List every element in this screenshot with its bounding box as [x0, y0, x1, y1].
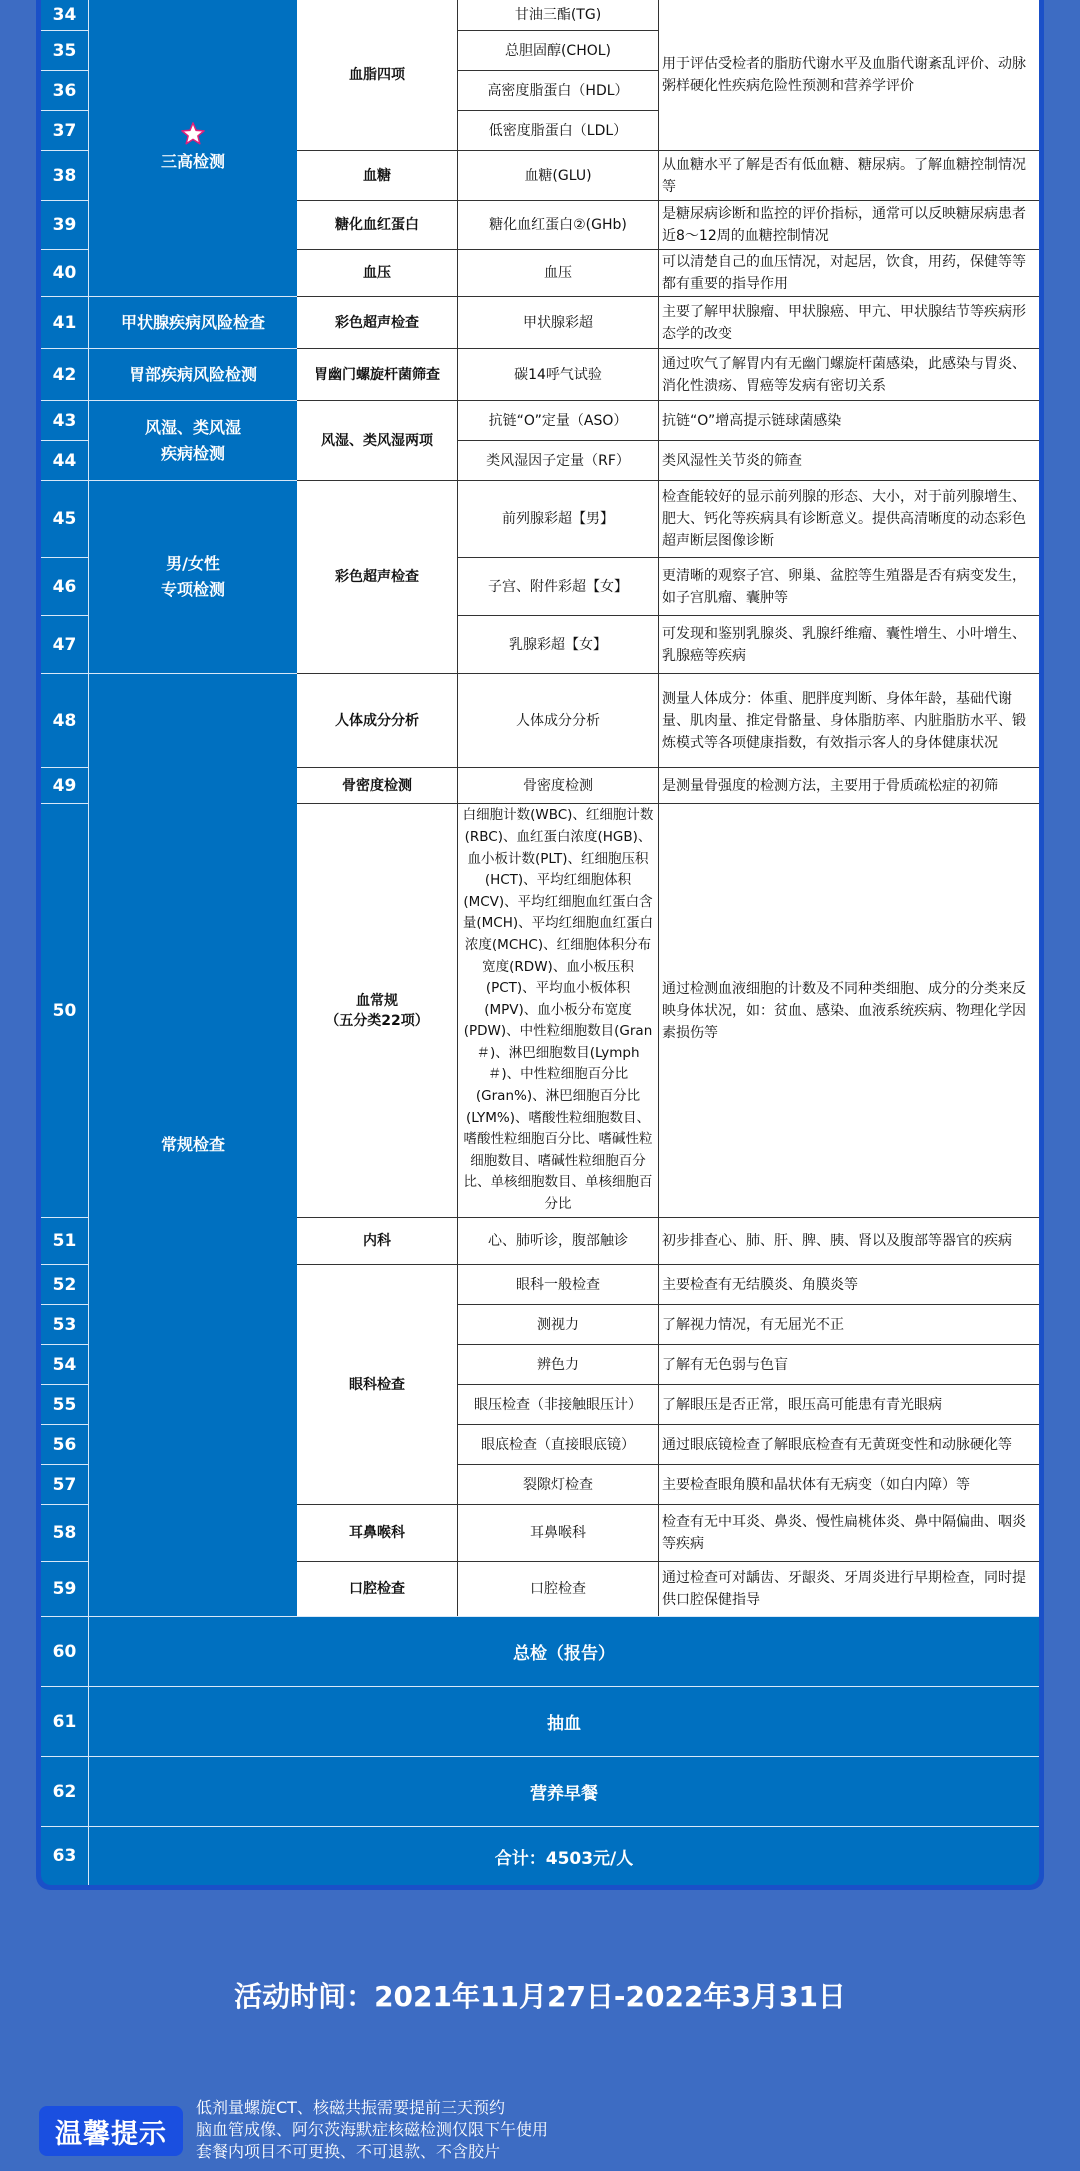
desc-cell: 类风湿性关节炎的筛查 — [658, 440, 1039, 480]
subcategory-bp: 血压 — [297, 249, 457, 296]
subcategory-lipids: 血脂四项 — [297, 0, 457, 150]
item-cell: 眼底检查（直接眼底镜） — [457, 1424, 658, 1464]
category-gender: 男/女性 专项检测 — [88, 480, 297, 673]
row-number: 39 — [41, 200, 88, 249]
subcategory-ophthalmology: 眼科检查 — [297, 1264, 457, 1504]
item-cell: 抗链“O”定量（ASO） — [457, 400, 658, 440]
row-number: 63 — [41, 1826, 88, 1885]
desc-cell: 了解视力情况，有无屈光不正 — [658, 1304, 1039, 1344]
desc-cell: 用于评估受检者的脂肪代谢水平及血脂代谢紊乱评价、动脉粥样硬化性疾病危险性预测和营… — [658, 0, 1039, 150]
item-cell: 碳14呼气试验 — [457, 348, 658, 400]
desc-cell: 测量人体成分：体重、肥胖度判断、身体年龄，基础代谢量、肌肉量、推定骨骼量、身体脂… — [658, 673, 1039, 767]
row-number: 35 — [41, 30, 88, 70]
subcategory-blood-routine: 血常规（五分类22项） — [297, 803, 457, 1217]
subcategory-oral: 口腔检查 — [297, 1561, 457, 1616]
activity-time: 活动时间：2021年11月27日-2022年3月31日 — [0, 1975, 1080, 2015]
row-number: 56 — [41, 1424, 88, 1464]
row-number: 46 — [41, 557, 88, 615]
row-number: 36 — [41, 70, 88, 110]
desc-cell: 抗链“O”增高提示链球菌感染 — [658, 400, 1039, 440]
item-cell: 低密度脂蛋白（LDL） — [457, 110, 658, 150]
item-cell: 骨密度检测 — [457, 767, 658, 803]
subcategory-bone-density: 骨密度检测 — [297, 767, 457, 803]
item-cell: 测视力 — [457, 1304, 658, 1344]
item-cell: 白细胞计数(WBC)、红细胞计数(RBC)、血红蛋白浓度(HGB)、血小板计数(… — [457, 803, 658, 1217]
row-number: 61 — [41, 1686, 88, 1756]
item-cell: 眼科一般检查 — [457, 1264, 658, 1304]
tips-badge: 温馨提示 — [39, 2106, 183, 2156]
desc-cell: 通过检查可对龋齿、牙龈炎、牙周炎进行早期检查，同时提供口腔保健指导 — [658, 1561, 1039, 1616]
item-cell: 类风湿因子定量（RF） — [457, 440, 658, 480]
item-cell: 高密度脂蛋白（HDL） — [457, 70, 658, 110]
item-cell: 血糖(GLU) — [457, 150, 658, 200]
row-number: 60 — [41, 1616, 88, 1686]
row-number: 52 — [41, 1264, 88, 1304]
desc-cell: 是测量骨强度的检测方法，主要用于骨质疏松症的初筛 — [658, 767, 1039, 803]
item-cell: 眼压检查（非接触眼压计） — [457, 1384, 658, 1424]
desc-cell: 主要检查眼角膜和晶状体有无病变（如白内障）等 — [658, 1464, 1039, 1504]
item-cell: 前列腺彩超【男】 — [457, 480, 658, 557]
row-number: 58 — [41, 1504, 88, 1561]
category-thyroid: 甲状腺疾病风险检查 — [88, 296, 297, 348]
row-number: 44 — [41, 440, 88, 480]
row-number: 47 — [41, 615, 88, 673]
category-label: 专项检测 — [161, 577, 225, 603]
category-stomach: 胃部疾病风险检测 — [88, 348, 297, 400]
desc-cell: 了解有无色弱与色盲 — [658, 1344, 1039, 1384]
subcategory-rheumatism: 风湿、类风湿两项 — [297, 400, 457, 480]
item-cell: 血压 — [457, 249, 658, 296]
item-cell: 辨色力 — [457, 1344, 658, 1384]
item-cell: 口腔检查 — [457, 1561, 658, 1616]
desc-cell: 了解眼压是否正常，眼压高可能患有青光眼病 — [658, 1384, 1039, 1424]
row-general-check: 总检（报告） — [88, 1616, 1039, 1686]
item-cell: 总胆固醇(CHOL) — [457, 30, 658, 70]
star-icon — [180, 121, 206, 147]
item-cell: 裂隙灯检查 — [457, 1464, 658, 1504]
subcategory-body-composition: 人体成分分析 — [297, 673, 457, 767]
row-number: 37 — [41, 110, 88, 150]
row-breakfast: 营养早餐 — [88, 1756, 1039, 1826]
desc-cell: 主要了解甲状腺瘤、甲状腺癌、甲亢、甲状腺结节等疾病形态学的改变 — [658, 296, 1039, 348]
row-number: 40 — [41, 249, 88, 296]
subcategory-internal-medicine: 内科 — [297, 1217, 457, 1264]
row-number: 59 — [41, 1561, 88, 1616]
category-label: 常规检查 — [161, 1132, 225, 1158]
desc-cell: 初步排查心、肺、肝、脾、胰、肾以及腹部等器官的疾病 — [658, 1217, 1039, 1264]
tip-line: 脑血管成像、阿尔茨海默症核磁检测仅限下午使用 — [196, 2119, 548, 2141]
row-number: 50 — [41, 803, 88, 1217]
row-blood-draw: 抽血 — [88, 1686, 1039, 1756]
item-cell: 甲状腺彩超 — [457, 296, 658, 348]
item-cell: 耳鼻喉科 — [457, 1504, 658, 1561]
item-cell: 心、肺听诊，腹部触诊 — [457, 1217, 658, 1264]
desc-cell: 检查有无中耳炎、鼻炎、慢性扁桃体炎、鼻中隔偏曲、咽炎等疾病 — [658, 1504, 1039, 1561]
category-label: 风湿、类风湿 — [145, 415, 241, 441]
row-number: 55 — [41, 1384, 88, 1424]
desc-cell: 主要检查有无结膜炎、角膜炎等 — [658, 1264, 1039, 1304]
row-number: 42 — [41, 348, 88, 400]
category-label: 男/女性 — [166, 551, 220, 577]
subcategory-ghb: 糖化血红蛋白 — [297, 200, 457, 249]
desc-cell: 通过吹气了解胃内有无幽门螺旋杆菌感染，此感染与胃炎、消化性溃疡、胃癌等发病有密切… — [658, 348, 1039, 400]
category-label: 疾病检测 — [161, 441, 225, 467]
row-number: 54 — [41, 1344, 88, 1384]
item-cell: 子宫、附件彩超【女】 — [457, 557, 658, 615]
desc-cell: 通过检测血液细胞的计数及不同种类细胞、成分的分类来反映身体状况，如：贫血、感染、… — [658, 803, 1039, 1217]
row-number: 51 — [41, 1217, 88, 1264]
subcategory-hp-screening: 胃幽门螺旋杆菌筛查 — [297, 348, 457, 400]
row-number: 48 — [41, 673, 88, 767]
category-routine: 常规检查 — [88, 673, 297, 1616]
row-number: 43 — [41, 400, 88, 440]
desc-cell: 可以清楚自己的血压情况，对起居，饮食，用药，保健等等都有重要的指导作用 — [658, 249, 1039, 296]
row-number: 53 — [41, 1304, 88, 1344]
row-number: 41 — [41, 296, 88, 348]
desc-cell: 更清晰的观察子宫、卵巢、盆腔等生殖器是否有病变发生，如子宫肌瘤、囊肿等 — [658, 557, 1039, 615]
row-total: 合计：4503元/人 — [88, 1826, 1039, 1885]
item-cell: 糖化血红蛋白②(GHb) — [457, 200, 658, 249]
desc-cell: 是糖尿病诊断和监控的评价指标，通常可以反映糖尿病患者近8～12周的血糖控制情况 — [658, 200, 1039, 249]
tip-line: 套餐内项目不可更换、不可退款、不含胶片 — [196, 2141, 548, 2163]
item-cell: 人体成分分析 — [457, 673, 658, 767]
category-label: 三高检测 — [161, 149, 225, 175]
desc-cell: 从血糖水平了解是否有低血糖、糖尿病。了解血糖控制情况等 — [658, 150, 1039, 200]
subcategory-gender-ultrasound: 彩色超声检查 — [297, 480, 457, 673]
row-number: 45 — [41, 480, 88, 557]
desc-cell: 检查能较好的显示前列腺的形态、大小，对于前列腺增生、肥大、钙化等疾病具有诊断意义… — [658, 480, 1039, 557]
row-number: 62 — [41, 1756, 88, 1826]
row-number: 38 — [41, 150, 88, 200]
desc-cell: 通过眼底镜检查了解眼底检查有无黄斑变性和动脉硬化等 — [658, 1424, 1039, 1464]
row-number: 57 — [41, 1464, 88, 1504]
item-cell: 甘油三酯(TG) — [457, 0, 658, 30]
subcategory-glucose: 血糖 — [297, 150, 457, 200]
tips-list: 低剂量螺旋CT、核磁共振需要提前三天预约 脑血管成像、阿尔茨海默症核磁检测仅限下… — [196, 2097, 548, 2163]
row-number: 49 — [41, 767, 88, 803]
category-sangao: 三高检测 — [88, 0, 297, 296]
item-cell: 乳腺彩超【女】 — [457, 615, 658, 673]
subcategory-thyroid-ultrasound: 彩色超声检查 — [297, 296, 457, 348]
category-label: 甲状腺疾病风险检查 — [121, 310, 265, 336]
category-label: 胃部疾病风险检测 — [129, 362, 257, 388]
row-number: 34 — [41, 0, 88, 30]
subcategory-ent: 耳鼻喉科 — [297, 1504, 457, 1561]
tip-line: 低剂量螺旋CT、核磁共振需要提前三天预约 — [196, 2097, 548, 2119]
category-rheumatism: 风湿、类风湿 疾病检测 — [88, 400, 297, 480]
desc-cell: 可发现和鉴别乳腺炎、乳腺纤维瘤、囊性增生、小叶增生、乳腺癌等疾病 — [658, 615, 1039, 673]
